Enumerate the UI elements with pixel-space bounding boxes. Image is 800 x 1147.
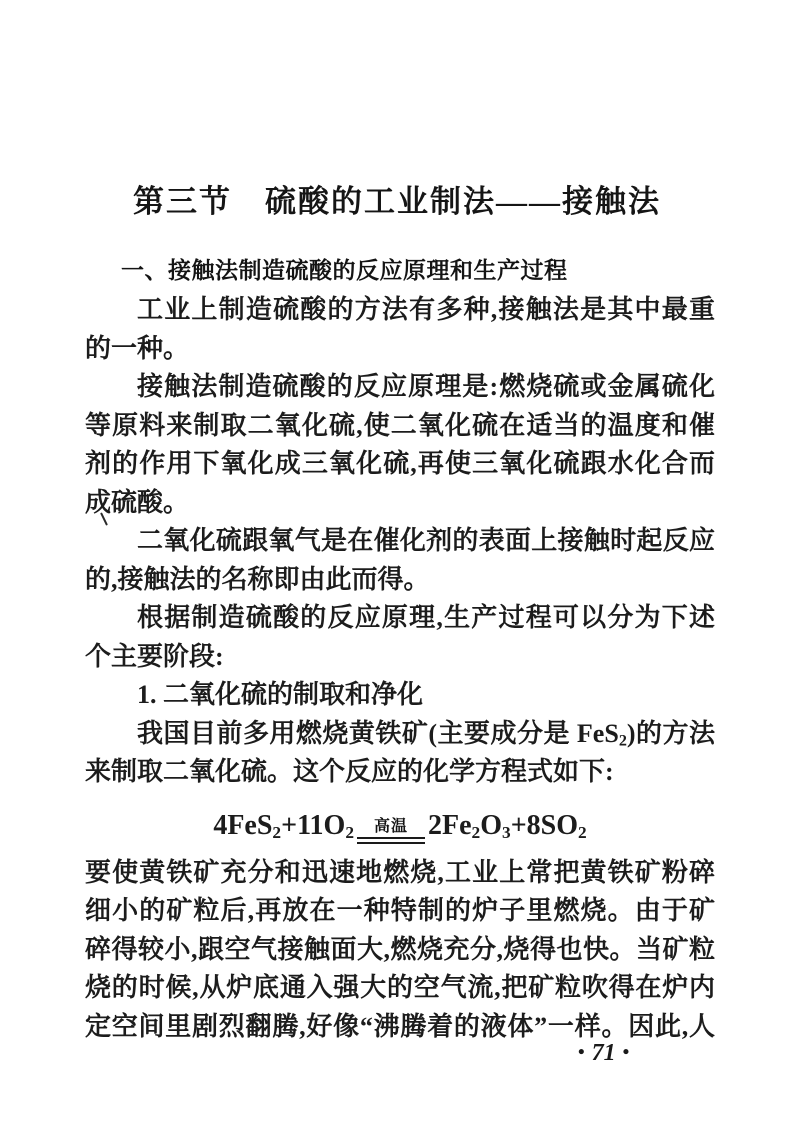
text-segment: 要使黄铁矿充分和迅速地燃烧,工业上常把黄铁矿粉碎成 [85,858,715,893]
body-line: 根据制造硫酸的反应原理,生产过程可以分为下述三 [85,599,715,638]
subscript: 2 [578,822,587,841]
text-segment: )的方法 [627,719,715,748]
text-segment: 的,接触法的名称即由此而得。 [85,565,430,594]
text-segment: 二氧化硫跟氧气是在催化剂的表面上接触时起反应 [137,526,715,555]
text-segment: 剂的作用下氧化成三氧化硫,再使三氧化硫跟水化合而生 [85,449,715,484]
body-line: 要使黄铁矿充分和迅速地燃烧,工业上常把黄铁矿粉碎成 [85,854,715,893]
text-segment: +11O [281,810,345,841]
body-line: 二氧化硫跟氧气是在催化剂的表面上接触时起反应 [85,522,715,561]
subscript: 2 [272,822,281,841]
page-number-dot-right: • [623,1042,630,1063]
body-line: 烧的时候,从炉底通入强大的空气流,把矿粒吹得在炉内一 [85,969,715,1008]
text-segment: 烧的时候,从炉底通入强大的空气流,把矿粒吹得在炉内一 [85,973,715,1008]
body-line: 我国目前多用燃烧黄铁矿(主要成分是 FeS2)的方法 [85,715,715,754]
body-line: 成硫酸。 [85,484,715,523]
body-line: 剂的作用下氧化成三氧化硫,再使三氧化硫跟水化合而生 [85,445,715,484]
text-segment: +8SO [511,810,578,841]
text-segment: 碎得较小,跟空气接触面大,燃烧充分,烧得也快。当矿粒燃 [85,935,715,970]
body-line: 个主要阶段: [85,638,715,677]
text-segment: 1. 二氧化硫的制取和净化 [137,680,423,709]
reaction-condition-label: 高温 [374,818,408,836]
page-number: •71• [571,1040,636,1067]
chemical-equation: 4FeS2+11O2高温2Fe2O3+8SO2 [85,798,715,854]
text-segment: 等原料来制取二氧化硫,使二氧化硫在适当的温度和催化 [85,411,715,446]
text-segment: 2Fe [428,810,472,841]
text-segment: 工业上制造硫酸的方法有多种,接触法是其中最重要 [85,295,715,330]
body-line: 的一种。 [85,330,715,369]
body-line: 的,接触法的名称即由此而得。 [85,561,715,600]
page-number-value: 71 [592,1040,616,1066]
subscript: 3 [502,822,511,841]
text-segment: 接触法制造硫酸的反应原理是:燃烧硫或金属硫化物 [85,372,715,407]
body-text: 工业上制造硫酸的方法有多种,接触法是其中最重要的一种。接触法制造硫酸的反应原理是… [85,291,715,1046]
body-line: 来制取二氧化硫。这个反应的化学方程式如下: [85,753,715,792]
body-lines-bottom: 要使黄铁矿充分和迅速地燃烧,工业上常把黄铁矿粉碎成细小的矿粒后,再放在一种特制的… [85,854,715,1047]
body-line: 细小的矿粒后,再放在一种特制的炉子里燃烧。由于矿石粉 [85,892,715,931]
text-segment: 4FeS [213,810,272,841]
textbook-page: 第三节 硫酸的工业制法——接触法 一、接触法制造硫酸的反应原理和生产过程 工业上… [0,0,800,1147]
body-line: 1. 二氧化硫的制取和净化 [85,676,715,715]
text-segment: 来制取二氧化硫。这个反应的化学方程式如下: [85,757,614,786]
subscript: 2 [345,822,354,841]
text-segment: 细小的矿粒后,再放在一种特制的炉子里燃烧。由于矿石粉 [85,896,715,931]
page-number-dot-left: • [578,1042,585,1063]
double-line-icon [357,837,425,844]
section-heading: 一、接触法制造硫酸的反应原理和生产过程 [121,252,568,285]
body-line: 接触法制造硫酸的反应原理是:燃烧硫或金属硫化物 [85,368,715,407]
text-segment: 我国目前多用燃烧黄铁矿(主要成分是 FeS [137,719,619,748]
text-segment: 根据制造硫酸的反应原理,生产过程可以分为下述三 [85,603,715,638]
text-segment: 个主要阶段: [85,642,224,671]
page-title: 第三节 硫酸的工业制法——接触法 [133,176,661,221]
subscript: 2 [619,732,627,749]
text-segment: O [480,810,502,841]
body-line: 等原料来制取二氧化硫,使二氧化硫在适当的温度和催化 [85,407,715,446]
subscript: 2 [472,822,481,841]
body-line: 碎得较小,跟空气接触面大,燃烧充分,烧得也快。当矿粒燃 [85,931,715,970]
body-line: 工业上制造硫酸的方法有多种,接触法是其中最重要 [85,291,715,330]
body-lines-top: 工业上制造硫酸的方法有多种,接触法是其中最重要的一种。接触法制造硫酸的反应原理是… [85,291,715,792]
text-segment: 的一种。 [85,334,189,363]
reaction-condition-over-line: 高温 [357,818,425,844]
